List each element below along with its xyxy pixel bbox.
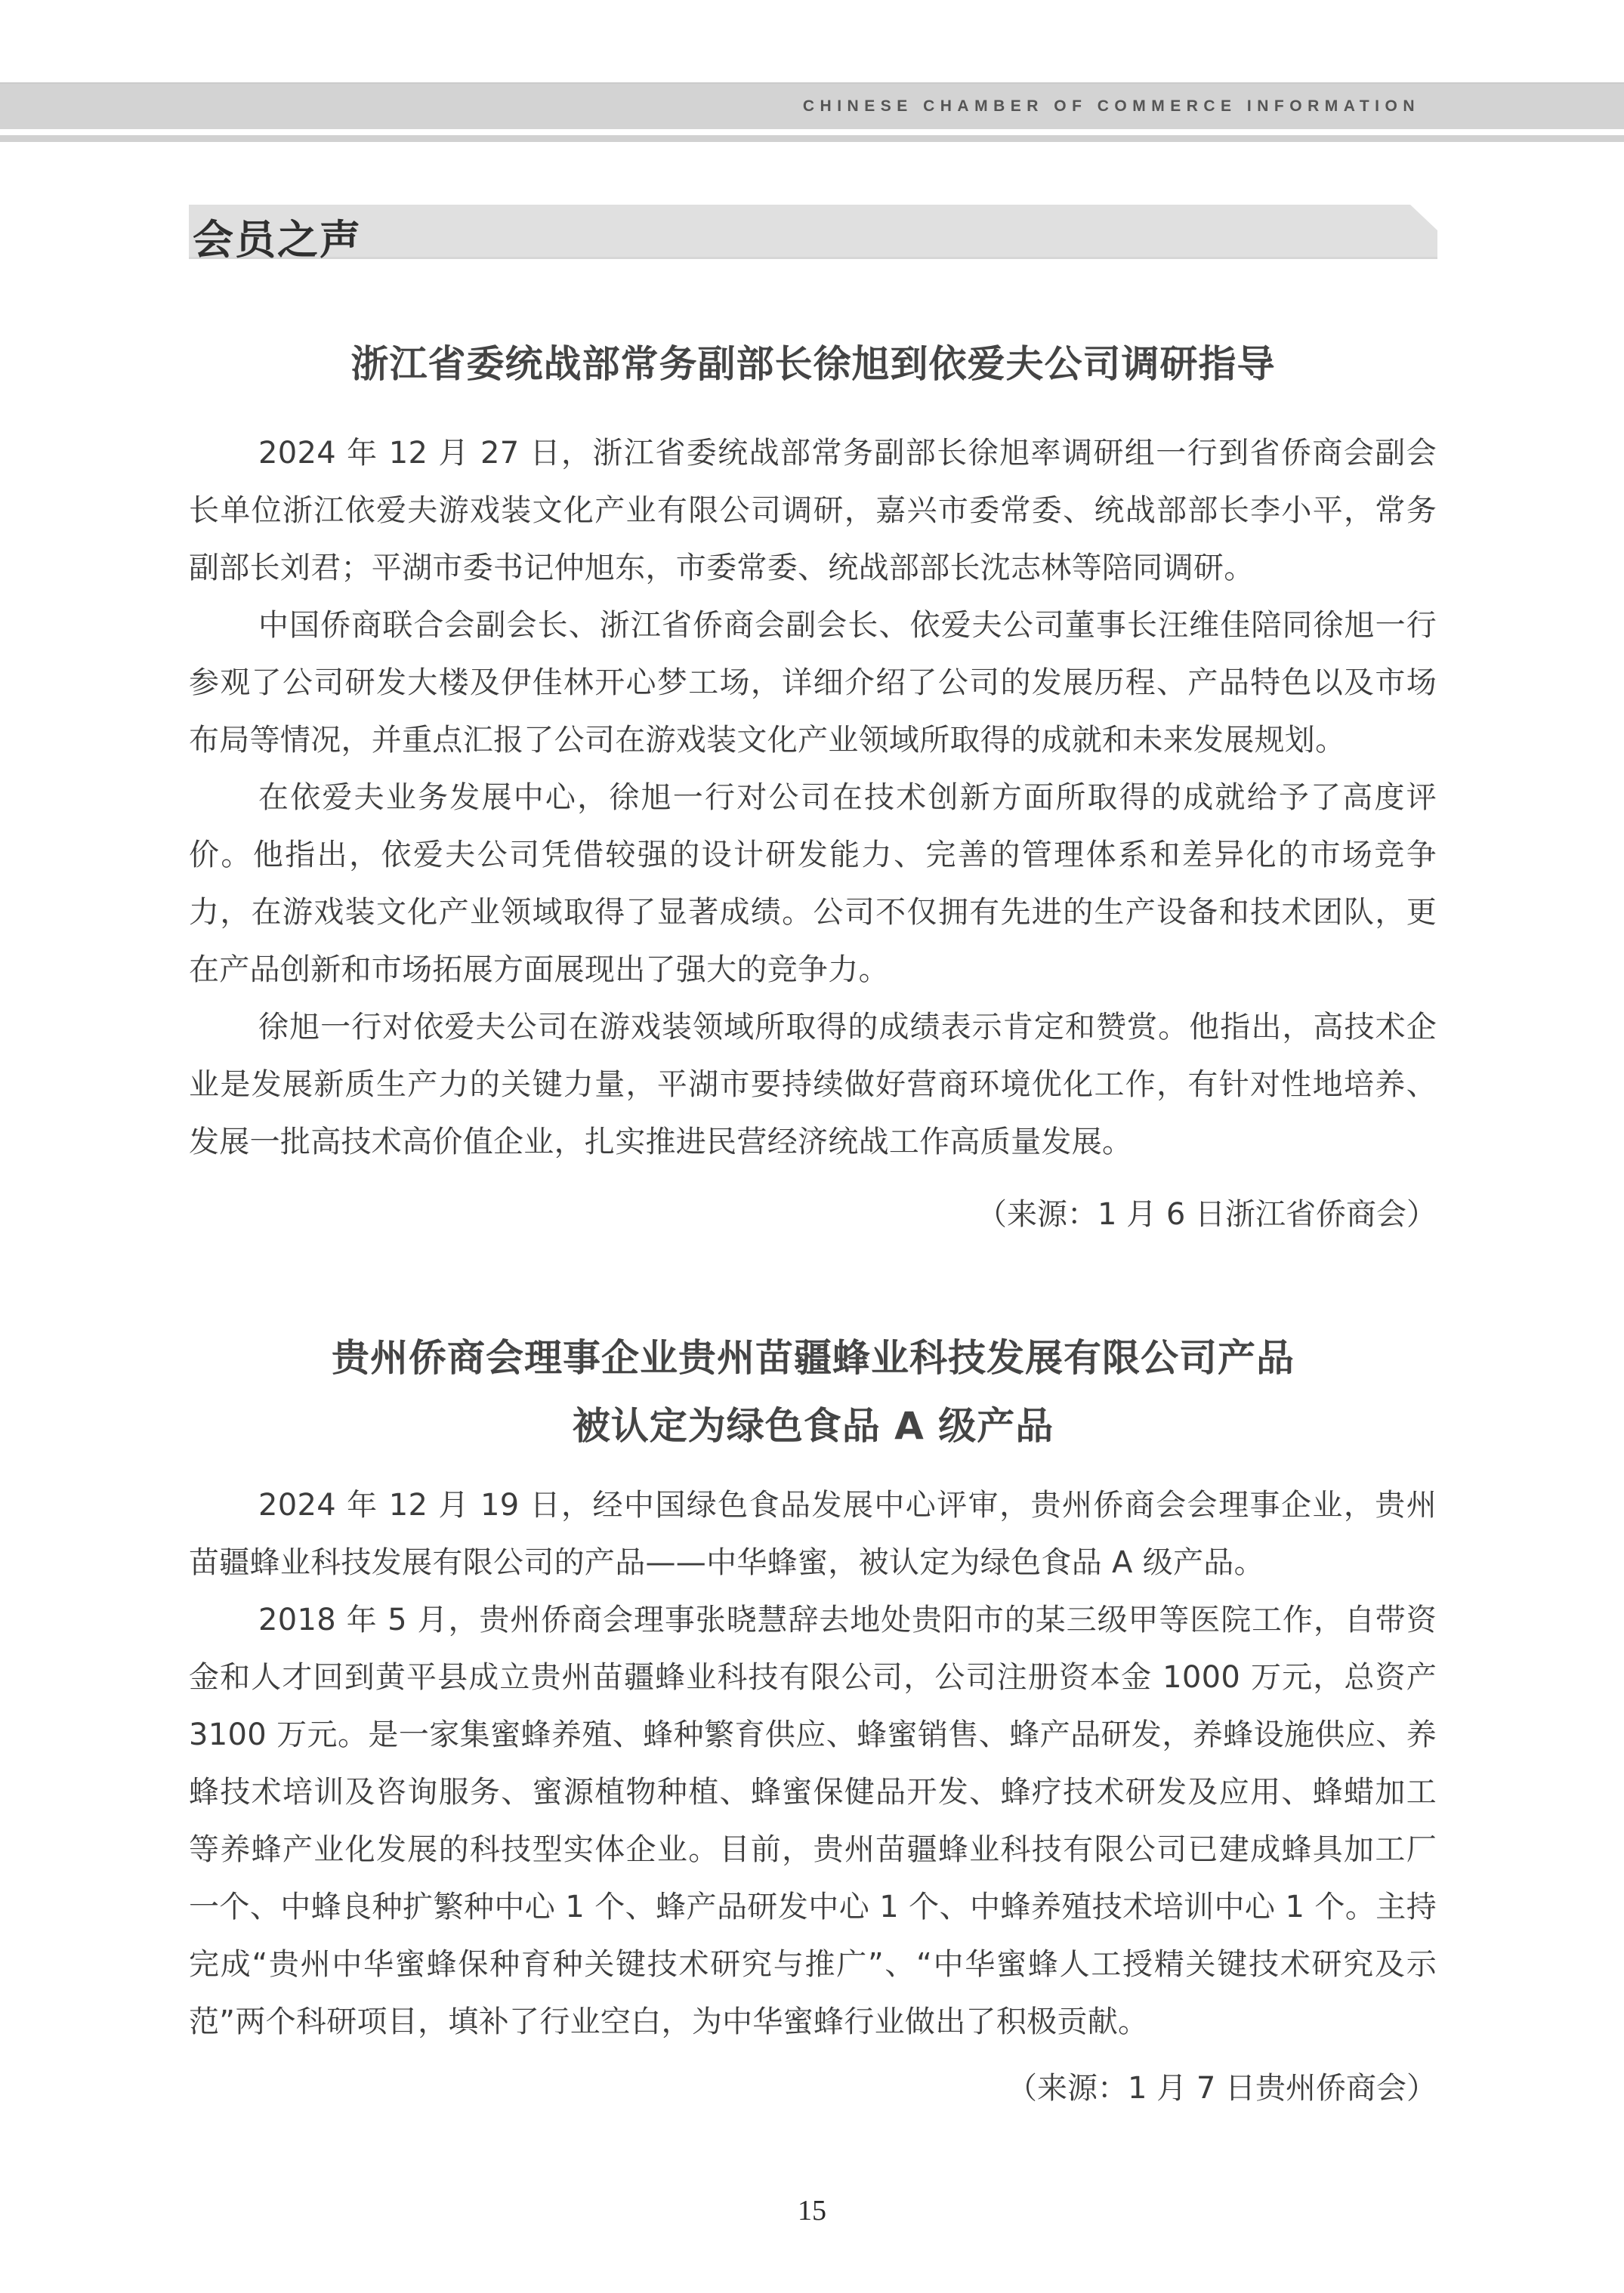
article-paragraph: 徐旭一行对依爱夫公司在游戏装领域所取得的成绩表示肯定和赞赏。他指出，高技术企业是…: [189, 998, 1437, 1171]
article-paragraph: 中国侨商联合会副会长、浙江省侨商会副会长、依爱夫公司董事长汪维佳陪同徐旭一行参观…: [189, 597, 1437, 769]
article-paragraph: 2024 年 12 月 19 日，经中国绿色食品发展中心评审，贵州侨商会会理事企…: [189, 1477, 1437, 1591]
section-title: 会员之声: [193, 208, 362, 266]
article-title: 浙江省委统战部常务副部长徐旭到依爱夫公司调研指导: [189, 335, 1437, 393]
section-bar: 会员之声: [189, 205, 1437, 259]
header-band: CHINESE CHAMBER OF COMMERCE INFORMATION: [0, 82, 1624, 129]
article-source: （来源：1 月 7 日贵州侨商会）: [1007, 2060, 1437, 2117]
header-divider: [0, 135, 1624, 142]
article-paragraph: 在依爱夫业务发展中心，徐旭一行对公司在技术创新方面所取得的成就给予了高度评价。他…: [189, 769, 1437, 998]
page-number: 15: [0, 2194, 1624, 2227]
article-title: 被认定为绿色食品 A 级产品: [189, 1397, 1437, 1455]
article-source: （来源：1 月 6 日浙江省侨商会）: [977, 1186, 1437, 1243]
publication-name: CHINESE CHAMBER OF COMMERCE INFORMATION: [803, 97, 1420, 116]
article-paragraph: 2018 年 5 月，贵州侨商会理事张晓慧辞去地处贵阳市的某三级甲等医院工作，自…: [189, 1591, 1437, 2051]
article-paragraph: 2024 年 12 月 27 日，浙江省委统战部常务副部长徐旭率调研组一行到省侨…: [189, 424, 1437, 597]
article-title: 贵州侨商会理事企业贵州苗疆蜂业科技发展有限公司产品: [189, 1329, 1437, 1387]
